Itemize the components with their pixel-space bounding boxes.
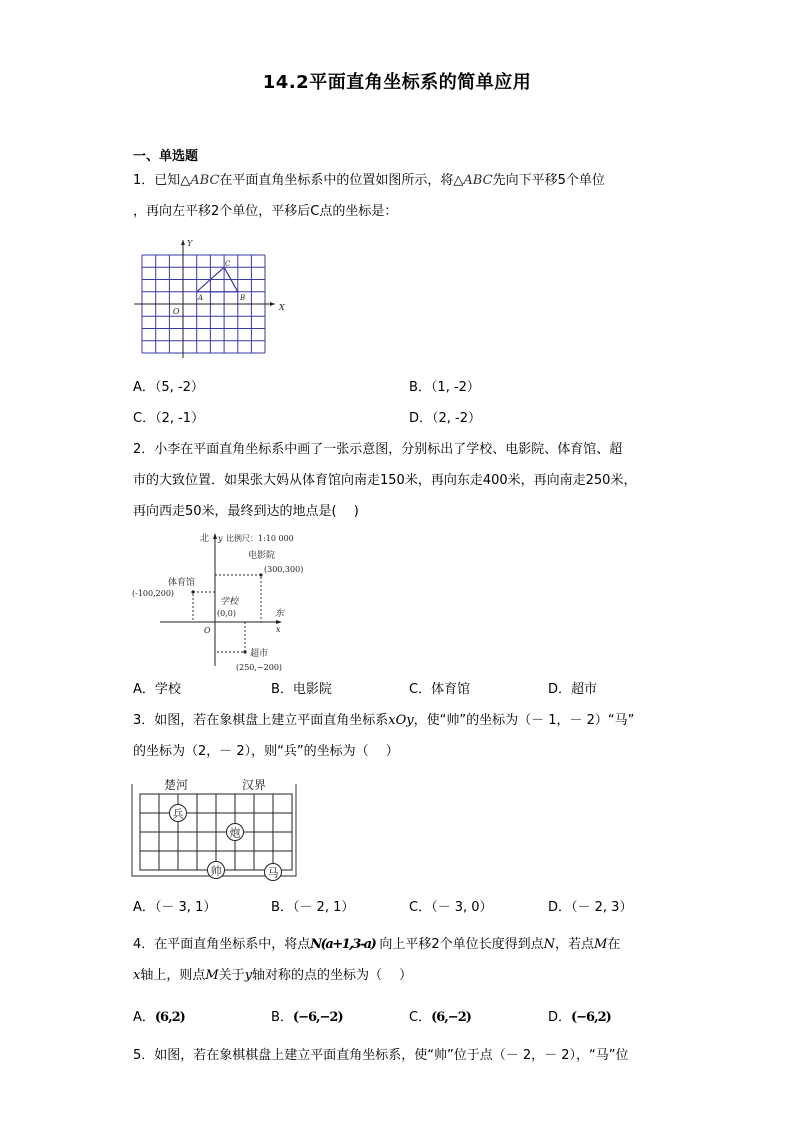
- q4-text: 关于: [219, 968, 245, 983]
- q3-text: 3．如图，若在象棋盘上建立平面直角坐标系: [133, 713, 388, 728]
- q2-line-3: 再向西走50米，最终到达的地点是( ): [133, 503, 359, 521]
- q1-line-2: ，再向左平移2个单位，平移后C点的坐标是：: [133, 203, 397, 221]
- section-heading: 一、单选题: [133, 145, 198, 164]
- option-letter: A．: [133, 1010, 155, 1025]
- q2-line-1: 2．小李在平面直角坐标系中画了一张示意图，分别标出了学校、电影院、体育馆、超: [133, 441, 622, 459]
- q4-math-m: M: [594, 937, 607, 952]
- q1-option-c[interactable]: C．（2, -1）: [133, 410, 204, 428]
- q3-river-right-label: 汉界: [242, 778, 266, 792]
- option-text: （2, -1）: [155, 411, 204, 426]
- q4-math-point-formula: N(a+1,3-a): [310, 937, 375, 952]
- option-letter: A．: [133, 682, 155, 697]
- piece-label: 马: [268, 867, 279, 880]
- q4-line-2: x轴上，则点M关于y轴对称的点的坐标为（ ）: [133, 967, 412, 985]
- q2-market-coord: (250,−200): [236, 663, 282, 672]
- q4-option-a[interactable]: A．(6,2): [133, 1009, 185, 1027]
- option-text: （－ 3, 1）: [155, 900, 216, 915]
- q4-text: 轴上，则点: [140, 968, 205, 983]
- option-text: (6,−2): [431, 1010, 471, 1025]
- q2-cinema-name: 电影院: [248, 549, 275, 561]
- q2-cinema-coord: (300,300): [264, 565, 303, 574]
- q1-text: ，再向左平移2个单位，平移后C点的坐标是：: [133, 204, 397, 219]
- q2-gym-name: 体育馆: [168, 576, 195, 588]
- q1-option-b[interactable]: B．（1, -2）: [409, 379, 480, 397]
- q2-text: 市的大致位置．如果张大妈从体育馆向南走150米，再向东走400米，再向南走250…: [133, 473, 636, 488]
- q2-east-label: 东: [275, 608, 286, 619]
- option-letter: C．: [409, 1010, 431, 1025]
- chess-piece-bing: 兵: [170, 805, 187, 822]
- q1-math-abc: ABC: [463, 173, 492, 188]
- q1-text: 1．已知△: [133, 173, 190, 188]
- q4-option-c[interactable]: C．(6,−2): [409, 1009, 471, 1027]
- q4-line-1: 4．在平面直角坐标系中，将点N(a+1,3-a) 向上平移2个单位长度得到点N，…: [133, 936, 620, 954]
- q2-school-coord: (0,0): [217, 609, 236, 618]
- q2-text: 再向西走50米，最终到达的地点是( ): [133, 504, 359, 519]
- q2-option-c[interactable]: C．体育馆: [409, 681, 470, 699]
- q4-text: 向上平移2个单位长度得到点: [375, 937, 543, 952]
- q1-point-c-label: C: [225, 260, 231, 268]
- q2-school-name: 学校: [220, 596, 240, 607]
- option-letter: B．: [271, 900, 293, 915]
- q3-option-b[interactable]: B．（－ 2, 1）: [271, 899, 354, 917]
- option-letter: D．: [548, 682, 571, 697]
- option-text: （－ 2, 3）: [571, 900, 632, 915]
- option-text: （1, -2）: [431, 380, 480, 395]
- piece-label: 帅: [211, 864, 222, 878]
- option-text: (−6,2): [571, 1010, 611, 1025]
- q3-option-d[interactable]: D．（－ 2, 3）: [548, 899, 632, 917]
- q3-option-c[interactable]: C．（－ 3, 0）: [409, 899, 493, 917]
- q2-option-b[interactable]: B．电影院: [271, 681, 332, 699]
- q4-text: 在: [607, 937, 620, 952]
- q2-option-d[interactable]: D．超市: [548, 681, 597, 699]
- option-letter: D．: [548, 1010, 571, 1025]
- q2-y-label: y: [217, 534, 223, 543]
- q2-origin-label: O: [204, 626, 211, 635]
- q4-option-b[interactable]: B．(−6,−2): [271, 1009, 343, 1027]
- q4-option-d[interactable]: D．(−6,2): [548, 1009, 611, 1027]
- piece-label: 兵: [173, 808, 184, 821]
- q2-line-2: 市的大致位置．如果张大妈从体育馆向南走150米，再向东走400米，再向南走250…: [133, 472, 636, 490]
- q1-coordinate-grid-figure: X Y O A B C: [132, 236, 292, 361]
- q1-math-abc: ABC: [190, 173, 219, 188]
- q2-gym-coord: (-100,200): [132, 589, 174, 598]
- q1-point-b-label: B: [239, 294, 245, 302]
- piece-label: 炮: [230, 826, 241, 840]
- q2-scale-label: 比例尺：1:10 000: [226, 533, 294, 543]
- q1-axis-x-label: X: [278, 303, 285, 312]
- option-text: 体育馆: [431, 682, 470, 697]
- option-letter: D．: [548, 900, 571, 915]
- q5-line-1: 5．如图，若在象棋棋盘上建立平面直角坐标系，使“帅”位于点（－ 2，－ 2），“…: [133, 1047, 629, 1065]
- q1-point-a-label: A: [197, 294, 203, 302]
- q1-text: 在平面直角坐标系中的位置如图所示，将△: [219, 173, 463, 188]
- option-text: （5, -2）: [155, 380, 204, 395]
- option-letter: A．: [133, 380, 155, 395]
- option-text: (6,2): [155, 1010, 185, 1025]
- option-letter: A．: [133, 900, 155, 915]
- chess-piece-pao: 炮: [227, 824, 244, 841]
- q4-text: 轴对称的点的坐标为（ ）: [252, 968, 412, 983]
- q3-option-a[interactable]: A．（－ 3, 1）: [133, 899, 216, 917]
- q2-option-a[interactable]: A．学校: [133, 681, 181, 699]
- q3-river-left-label: 楚河: [164, 777, 188, 792]
- q3-text: ，使“帅”的坐标为（－ 1，－ 2）“马”: [414, 713, 635, 728]
- q1-text: 先向下平移5个单位: [493, 173, 605, 188]
- q1-option-d[interactable]: D．（2, -2）: [409, 410, 481, 428]
- q2-market-name: 超市: [250, 647, 268, 659]
- option-letter: C．: [133, 411, 155, 426]
- q1-line-1: 1．已知△ABC在平面直角坐标系中的位置如图所示，将△ABC先向下平移5个单位: [133, 172, 605, 190]
- option-text: (−6,−2): [293, 1010, 343, 1025]
- q3-text: 的坐标为（2，－ 2），则“兵”的坐标为（ ）: [133, 744, 399, 759]
- q1-option-a[interactable]: A．（5, -2）: [133, 379, 204, 397]
- option-letter: C．: [409, 682, 431, 697]
- q5-text: 5．如图，若在象棋棋盘上建立平面直角坐标系，使“帅”位于点（－ 2，－ 2），“…: [133, 1048, 629, 1063]
- option-letter: B．: [271, 1010, 293, 1025]
- option-letter: D．: [409, 411, 432, 426]
- option-text: （－ 3, 0）: [431, 900, 492, 915]
- chess-piece-ma: 马: [265, 864, 282, 881]
- option-text: 电影院: [293, 682, 332, 697]
- option-letter: B．: [409, 380, 431, 395]
- q3-line-1: 3．如图，若在象棋盘上建立平面直角坐标系xOy，使“帅”的坐标为（－ 1，－ 2…: [133, 712, 634, 730]
- option-text: 学校: [155, 682, 181, 697]
- q4-text: 4．在平面直角坐标系中，将点: [133, 937, 310, 952]
- q3-line-2: 的坐标为（2，－ 2），则“兵”的坐标为（ ）: [133, 743, 399, 761]
- q1-origin-label: O: [173, 307, 180, 316]
- q2-text: 2．小李在平面直角坐标系中画了一张示意图，分别标出了学校、电影院、体育馆、超: [133, 442, 622, 457]
- q1-axis-y-label: Y: [187, 239, 193, 248]
- q2-x-label: x: [276, 625, 281, 634]
- page-title: 14.2平面直角坐标系的简单应用: [0, 68, 794, 94]
- option-text: （－ 2, 1）: [293, 900, 354, 915]
- q4-math-m: M: [205, 968, 218, 983]
- document-page: 14.2平面直角坐标系的简单应用 一、单选题 1．已知△ABC在平面直角坐标系中…: [0, 0, 794, 1123]
- q4-text: ，若点: [555, 937, 594, 952]
- q3-math-xoy: xOy: [388, 713, 413, 728]
- option-text: 超市: [571, 682, 597, 697]
- chess-piece-shuai: 帅: [208, 862, 225, 879]
- q4-math-y: y: [245, 968, 252, 983]
- q2-map-sketch-figure: 北 y 比例尺：1:10 000 电影院 (300,300) 体育馆 (-100…: [130, 530, 330, 675]
- q4-math-n: N: [544, 937, 555, 952]
- q2-north-label: 北: [200, 532, 209, 544]
- option-letter: C．: [409, 900, 431, 915]
- q3-chess-board-figure: 楚河 汉界 兵 炮 帅 马: [128, 772, 300, 888]
- option-text: （2, -2）: [432, 411, 481, 426]
- option-letter: B．: [271, 682, 293, 697]
